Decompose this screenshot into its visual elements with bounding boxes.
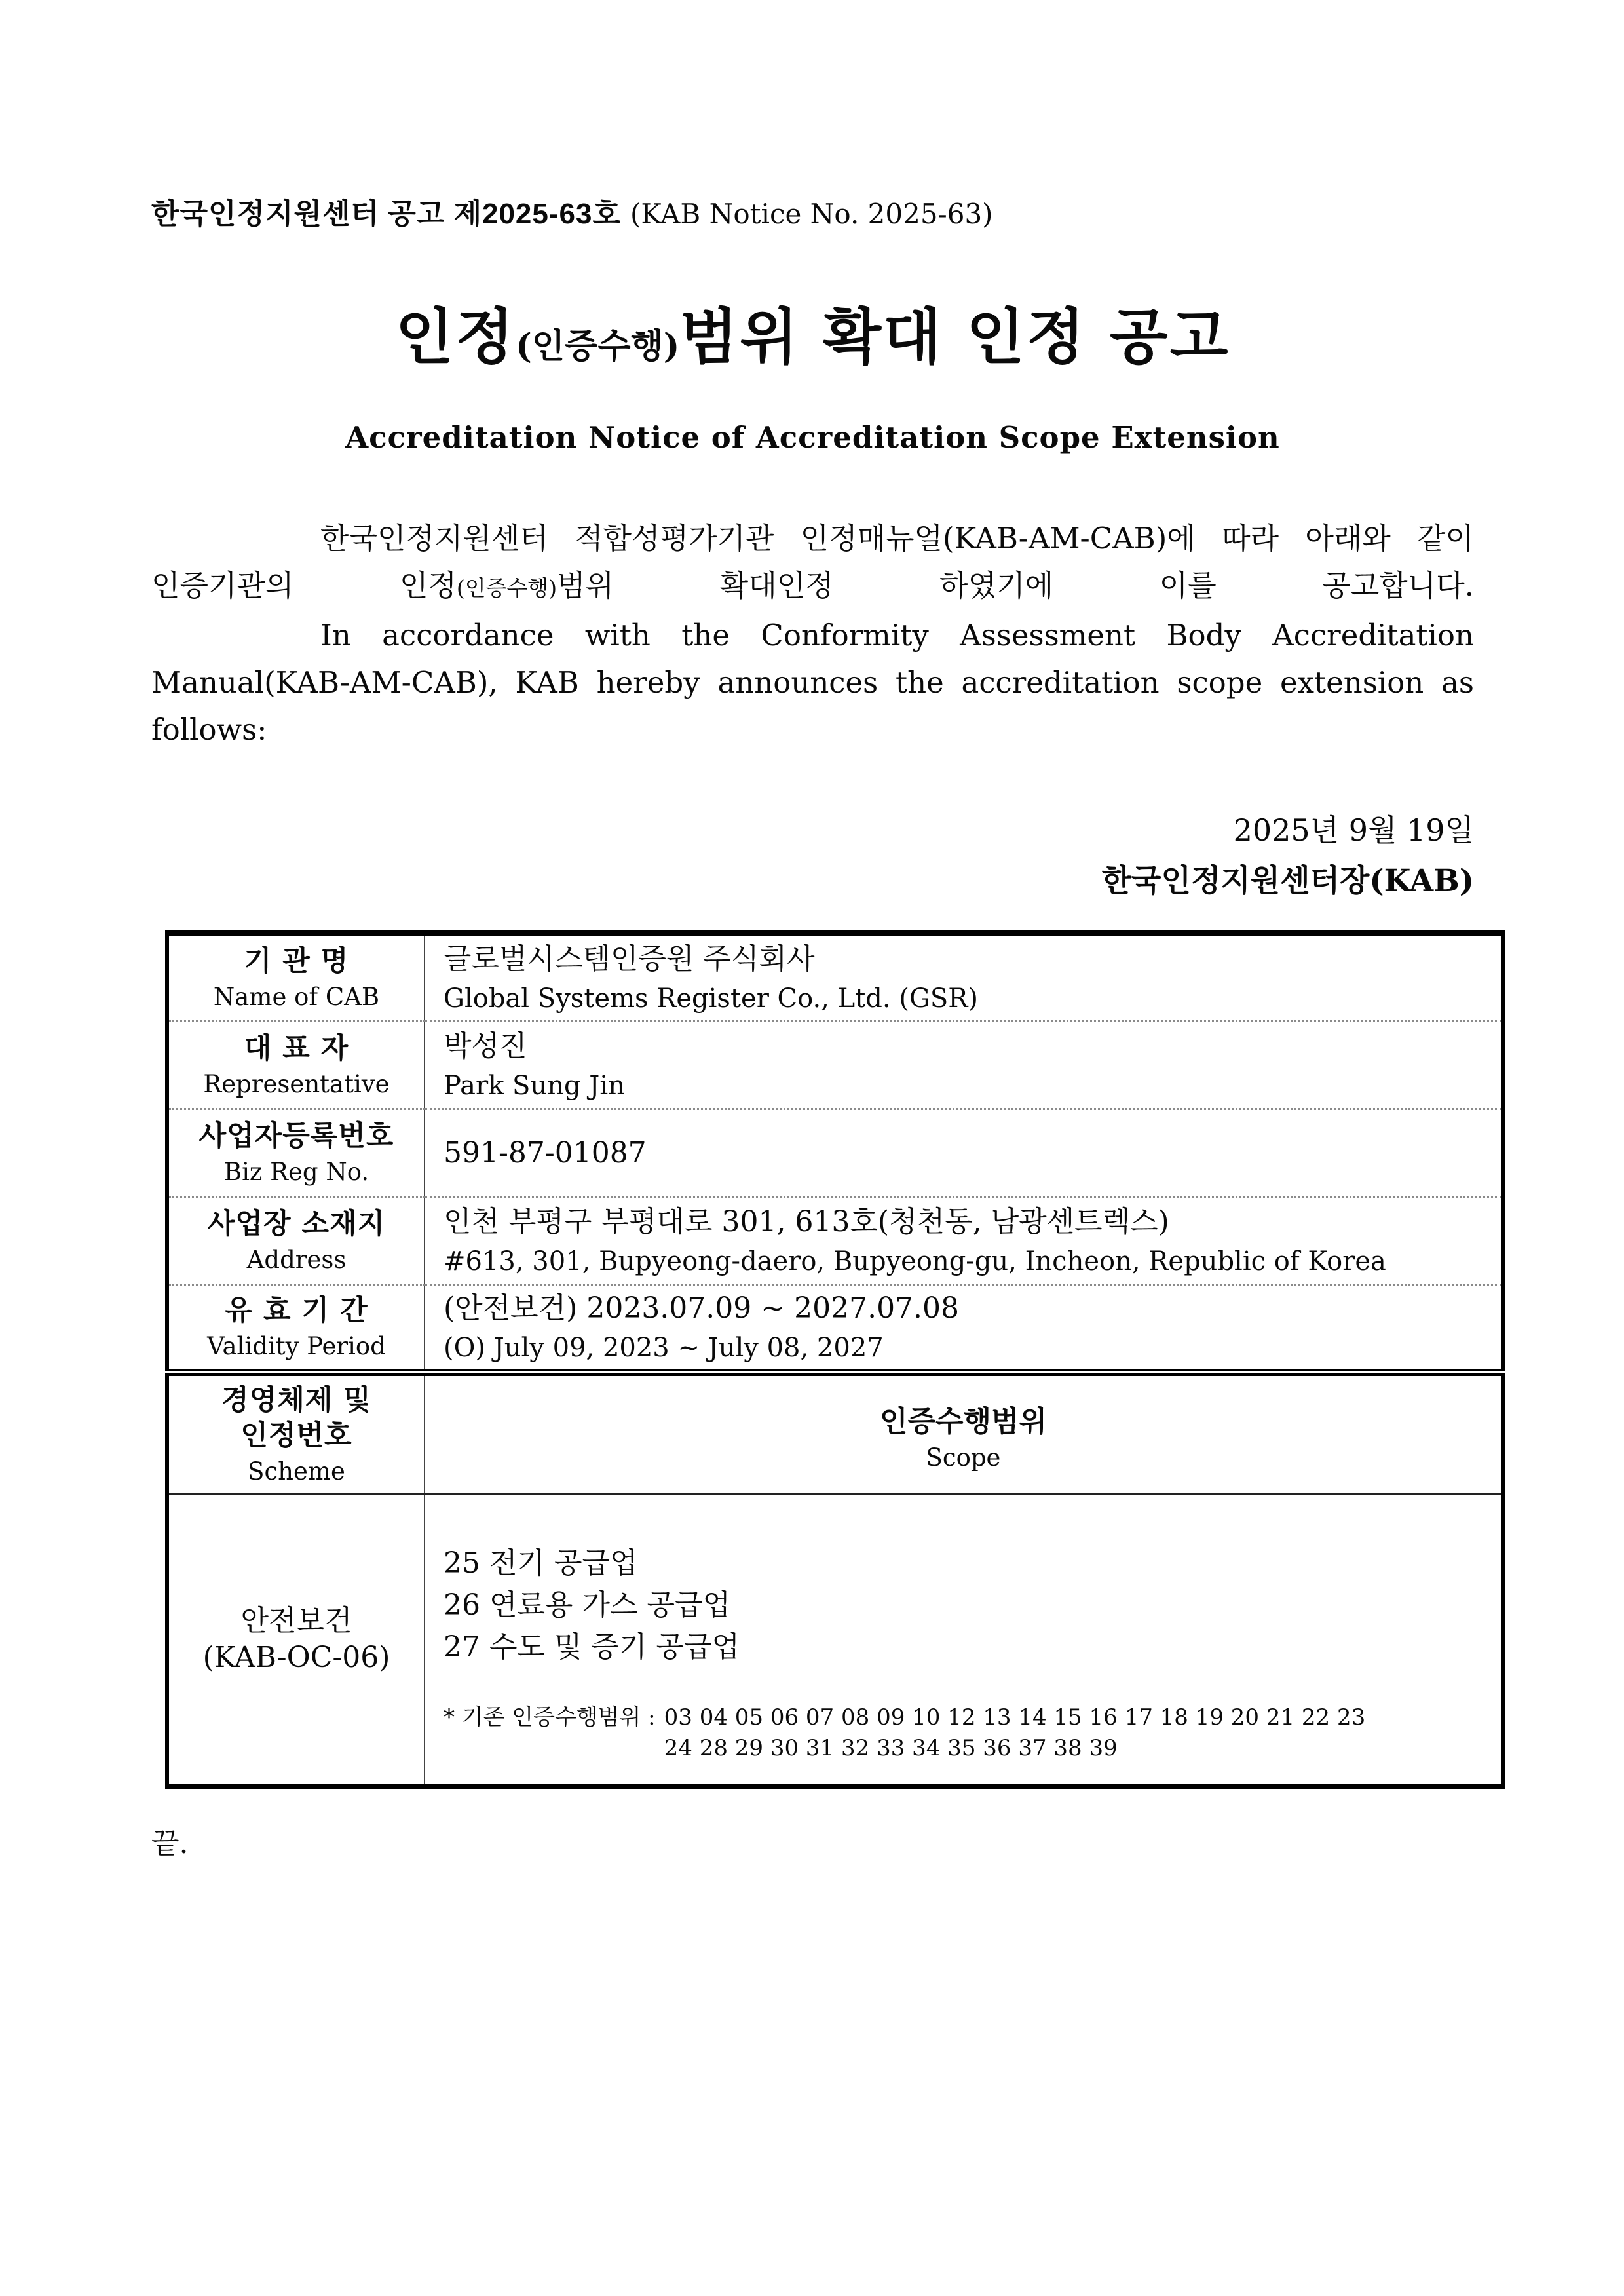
body-paragraph-korean: 한국인정지원센터 적합성평가기관 인정매뉴얼(KAB-AM-CAB)에 따라 아… xyxy=(151,515,1474,612)
table-row-address: 사업장 소재지 Address 인천 부평구 부평대로 301, 613호(청천… xyxy=(167,1197,1503,1285)
scope-item: 26 연료용 가스 공급업 xyxy=(444,1584,1490,1626)
existing-scope-note: * 기존 인증수행범위 : 03 04 05 06 07 08 09 10 12… xyxy=(444,1702,1490,1764)
label-english: Name of CAB xyxy=(169,982,424,1013)
table-row-safety-health-scope: 안전보건 (KAB-OC-06) 25 전기 공급업 26 연료용 가스 공급업… xyxy=(167,1495,1503,1787)
body-ko-paren-annotation: (인증수행) xyxy=(457,575,557,601)
title-main-pre: 인정 xyxy=(396,301,516,372)
table-row-name-of-cab: 기 관 명 Name of CAB 글로벌시스템인증원 주식회사 Global … xyxy=(167,934,1503,1022)
label-english: Biz Reg No. xyxy=(169,1157,424,1188)
scheme-name-cell: 안전보건 (KAB-OC-06) xyxy=(167,1495,425,1787)
scheme-name-korean: 안전보건 xyxy=(169,1603,424,1639)
value-cell-representative: 박성진 Park Sung Jin xyxy=(425,1022,1503,1109)
issuer-signature: 한국인정지원센터장(KAB) xyxy=(151,861,1474,902)
value-english: #613, 301, Bupyeong-daero, Bupyeong-gu, … xyxy=(444,1244,1490,1278)
scope-title-english: Scope xyxy=(425,1444,1501,1472)
value-cell-name-of-cab: 글로벌시스템인증원 주식회사 Global Systems Register C… xyxy=(425,934,1503,1022)
label-korean: 사업장 소재지 xyxy=(169,1206,424,1242)
scheme-label-english: Scheme xyxy=(169,1456,424,1487)
document-page: 한국인정지원센터 공고 제2025-63호 (KAB Notice No. 20… xyxy=(0,0,1624,2296)
document-title: 인정(인증수행)범위 확대 인정 공고 xyxy=(151,300,1474,383)
document-content: 한국인정지원센터 공고 제2025-63호 (KAB Notice No. 20… xyxy=(0,0,1624,1862)
issue-date: 2025년 9월 19일 xyxy=(151,810,1474,851)
value-cell-biz-reg-no: 591-87-01087 xyxy=(425,1109,1503,1197)
table-row-validity-period: 유 효 기 간 Validity Period (안전보건) 2023.07.0… xyxy=(167,1285,1503,1373)
existing-scope-numbers-line2: 24 28 29 30 31 32 33 34 35 36 37 38 39 xyxy=(664,1733,1366,1764)
scope-header-cell: 인증수행범위 Scope xyxy=(425,1373,1503,1495)
label-english: Representative xyxy=(169,1069,424,1100)
label-korean: 대 표 자 xyxy=(169,1031,424,1066)
body-paragraph-english: In accordance with the Conformity Assess… xyxy=(151,612,1474,754)
label-cell-name-of-cab: 기 관 명 Name of CAB xyxy=(167,934,425,1022)
value-cell-validity-period: (안전보건) 2023.07.09 ~ 2027.07.08 (O) July … xyxy=(425,1285,1503,1373)
body-ko-after: 범위 확대인정 하였기에 이를 공고합니다. xyxy=(557,568,1474,603)
label-english: Address xyxy=(169,1244,424,1276)
value-english: Park Sung Jin xyxy=(444,1069,1490,1103)
notice-number-english: (KAB Notice No. 2025-63) xyxy=(630,198,993,230)
scope-content-cell: 25 전기 공급업 26 연료용 가스 공급업 27 수도 및 증기 공급업 *… xyxy=(425,1495,1503,1787)
table-row-representative: 대 표 자 Representative 박성진 Park Sung Jin xyxy=(167,1022,1503,1109)
title-main-post: 범위 확대 인정 공고 xyxy=(679,301,1230,372)
value-korean: (안전보건) 2023.07.09 ~ 2027.07.08 xyxy=(444,1290,1490,1327)
value-korean: 박성진 xyxy=(444,1028,1490,1065)
label-korean: 기 관 명 xyxy=(169,944,424,979)
scope-title-korean: 인증수행범위 xyxy=(425,1398,1501,1440)
label-korean: 사업자등록번호 xyxy=(169,1119,424,1154)
existing-scope-numbers-line1: 03 04 05 06 07 08 09 10 12 13 14 15 16 1… xyxy=(664,1702,1366,1733)
label-cell-validity-period: 유 효 기 간 Validity Period xyxy=(167,1285,425,1373)
value-korean: 글로벌시스템인증원 주식회사 xyxy=(444,941,1490,978)
value-korean: 인천 부평구 부평대로 301, 613호(청천동, 남광센트렉스) xyxy=(444,1204,1490,1240)
scope-item: 25 전기 공급업 xyxy=(444,1542,1490,1584)
label-cell-address: 사업장 소재지 Address xyxy=(167,1197,425,1285)
notice-number-korean: 한국인정지원센터 공고 제2025-63호 xyxy=(151,198,621,230)
cab-info-table: 기 관 명 Name of CAB 글로벌시스템인증원 주식회사 Global … xyxy=(165,930,1505,1789)
existing-scope-note-numbers: 03 04 05 06 07 08 09 10 12 13 14 15 16 1… xyxy=(664,1702,1366,1764)
value-korean: 591-87-01087 xyxy=(444,1135,1490,1172)
scheme-label-korean-line1: 경영체제 및 xyxy=(169,1383,424,1418)
table-row-scheme-header: 경영체제 및 인정번호 Scheme 인증수행범위 Scope xyxy=(167,1373,1503,1495)
scope-item-list: 25 전기 공급업 26 연료용 가스 공급업 27 수도 및 증기 공급업 xyxy=(444,1542,1490,1668)
label-cell-representative: 대 표 자 Representative xyxy=(167,1022,425,1109)
label-korean: 유 효 기 간 xyxy=(169,1293,424,1328)
scheme-header-label-cell: 경영체제 및 인정번호 Scheme xyxy=(167,1373,425,1495)
value-english: (O) July 09, 2023 ~ July 08, 2027 xyxy=(444,1331,1490,1365)
scheme-accreditation-number: (KAB-OC-06) xyxy=(169,1639,424,1676)
label-english: Validity Period xyxy=(169,1331,424,1362)
subtitle-english: Accreditation Notice of Accreditation Sc… xyxy=(151,420,1474,455)
value-cell-address: 인천 부평구 부평대로 301, 613호(청천동, 남광센트렉스) #613,… xyxy=(425,1197,1503,1285)
notice-number-line: 한국인정지원센터 공고 제2025-63호 (KAB Notice No. 20… xyxy=(151,0,1474,233)
label-cell-biz-reg-no: 사업자등록번호 Biz Reg No. xyxy=(167,1109,425,1197)
title-paren-annotation: (인증수행) xyxy=(516,326,679,366)
existing-scope-note-prefix: * 기존 인증수행범위 : xyxy=(444,1702,656,1764)
table-row-biz-reg-no: 사업자등록번호 Biz Reg No. 591-87-01087 xyxy=(167,1109,1503,1197)
value-english: Global Systems Register Co., Ltd. (GSR) xyxy=(444,982,1490,1016)
scheme-label-korean-line2: 인정번호 xyxy=(169,1418,424,1453)
scope-item: 27 수도 및 증기 공급업 xyxy=(444,1626,1490,1668)
closing-mark: 끝. xyxy=(151,1820,1474,1862)
